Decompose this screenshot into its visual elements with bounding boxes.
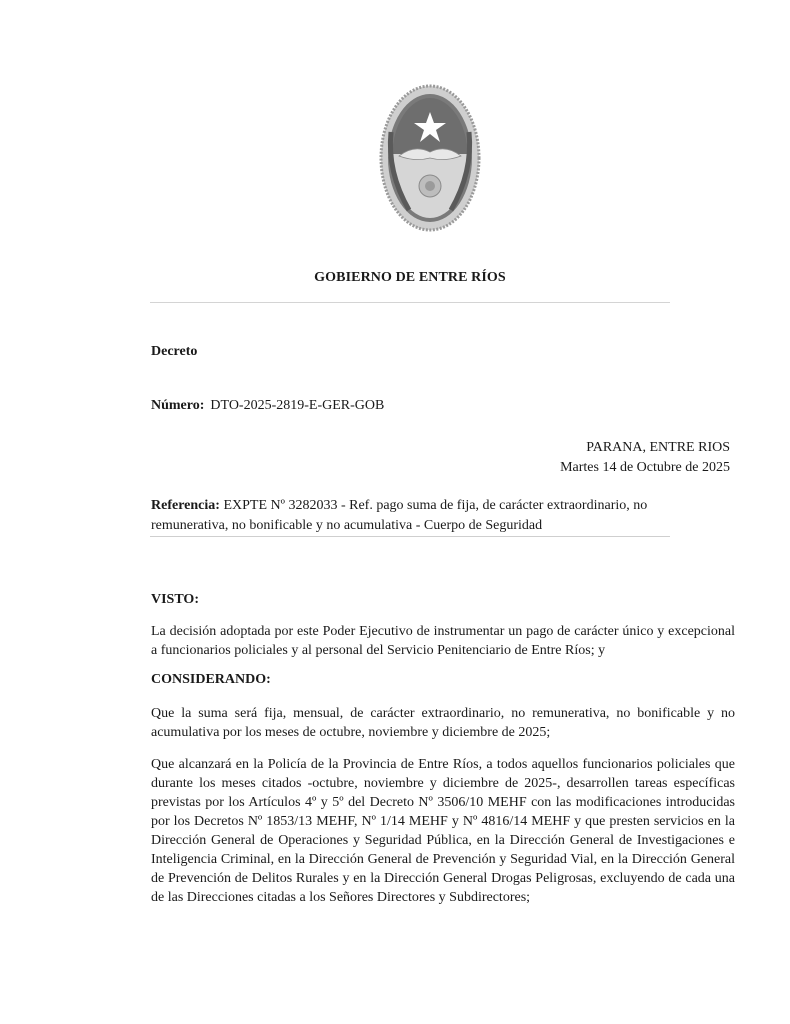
- reference-text: EXPTE Nº 3282033 - Ref. pago suma de fij…: [151, 498, 647, 533]
- reference-label: Referencia:: [151, 498, 220, 513]
- document-place: PARANA, ENTRE RIOS: [586, 440, 730, 456]
- document-date: Martes 14 de Octubre de 2025: [560, 460, 730, 476]
- coat-of-arms-icon: [379, 82, 481, 234]
- document-number-value: DTO-2025-2819-E-GER-GOB: [210, 398, 384, 413]
- document-type: Decreto: [151, 344, 197, 360]
- considerando-paragraph-1: Que la suma será fija, mensual, de carác…: [151, 704, 735, 742]
- reference-divider: [150, 536, 670, 537]
- document-reference: Referencia: EXPTE Nº 3282033 - Ref. pago…: [151, 496, 671, 536]
- decree-page: GOBIERNO DE ENTRE RÍOS Decreto Número:DT…: [0, 0, 790, 1024]
- government-title: GOBIERNO DE ENTRE RÍOS: [150, 270, 670, 286]
- header-divider: [150, 302, 670, 303]
- visto-heading: VISTO:: [151, 592, 199, 608]
- considerando-paragraph-2: Que alcanzará en la Policía de la Provin…: [151, 755, 735, 907]
- considerando-heading: CONSIDERANDO:: [151, 672, 271, 688]
- document-number-label: Número:: [151, 398, 204, 413]
- document-number: Número:DTO-2025-2819-E-GER-GOB: [151, 398, 384, 414]
- visto-paragraph: La decisión adoptada por este Poder Ejec…: [151, 622, 735, 660]
